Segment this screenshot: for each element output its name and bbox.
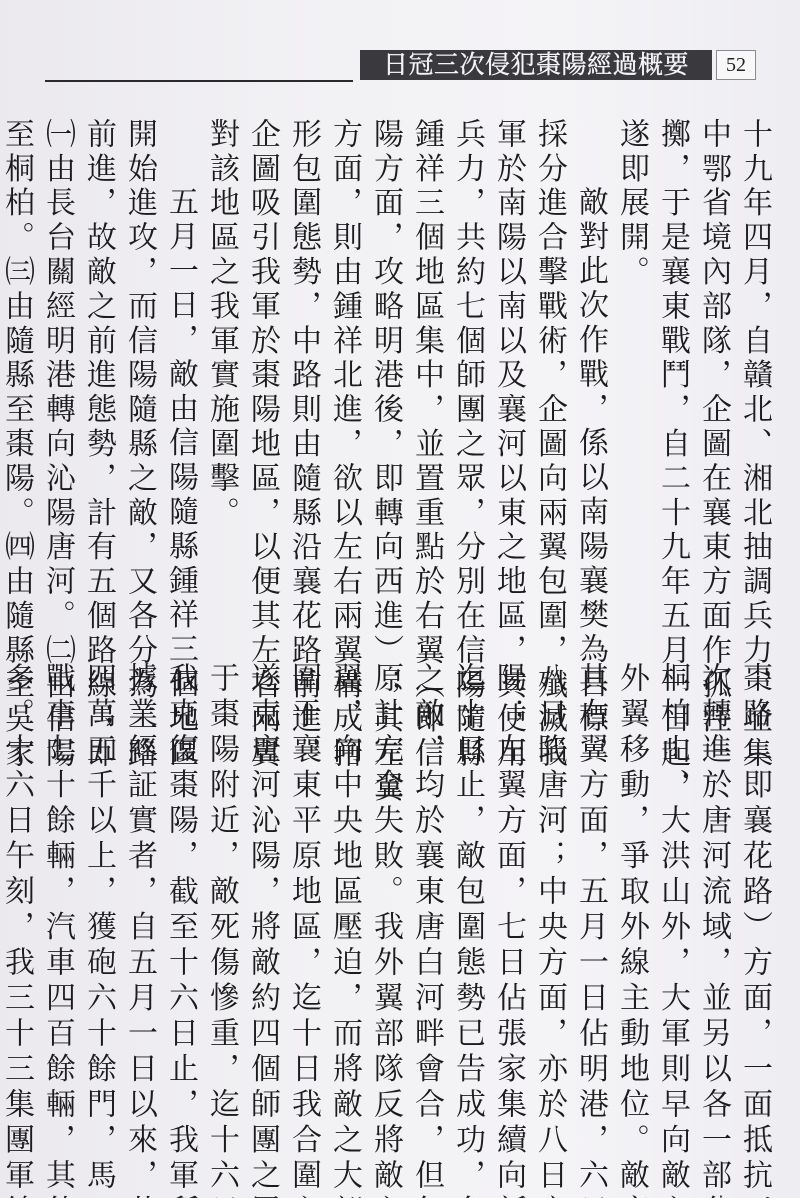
text-block-top: 十九年四月，自贛北、湘北抽調兵力，並集中鄂省境內部隊，企圖在襄東方面作孤注一擲，… bbox=[85, 118, 775, 618]
text-column: 八日陷唐河；中央方面，亦於八日突進至棗 bbox=[529, 662, 570, 1182]
text-column: 開始進攻，而信陽隨縣之敵，又各分為二路 bbox=[119, 118, 160, 618]
text-column: 擲，于是襄東戰鬥，自二十九年五月一日起， bbox=[652, 118, 693, 618]
page-number: 52 bbox=[716, 50, 756, 80]
text-column: 棗路（即襄花路）方面，一面抵抗，一面逐 bbox=[734, 662, 775, 1182]
text-column: 桐柏山、大洪山外，大軍則早向敵之左右兩 bbox=[652, 662, 693, 1182]
text-column: 據業經証實者，自五月一日以來，共斃傷敵 bbox=[119, 662, 160, 1182]
text-column: 陽方面，攻略明港後，即轉向西進）；其左翼 bbox=[365, 118, 406, 618]
text-column: 圍于襄東平原地區，迄十日我合圍之勢已成， bbox=[283, 662, 324, 1182]
text-column: 其右翼方面，五月一日佔明港，六日陷沁陽， bbox=[570, 662, 611, 1182]
text-column: 遂克唐河沁陽，將敵約四個師團之眾，包圍 bbox=[242, 662, 283, 1182]
text-column: 鍾祥三個地區集中，並置重點於右翼（即信 bbox=[406, 118, 447, 618]
header-rule bbox=[45, 80, 353, 82]
text-column: 對該地區之我軍實施圍擊。 bbox=[201, 118, 242, 618]
text-column: ㈠由長台關經明港轉向沁陽唐河。㈡由信陽 bbox=[37, 118, 78, 618]
text-column: 遂即展開。 bbox=[611, 118, 652, 618]
text-column: 多。十六日午刻，我三十三集團軍總司令張 bbox=[0, 662, 37, 1182]
text-column: 形包圍態勢，中路則由隨縣沿襄花路前進， bbox=[283, 118, 324, 618]
text-column: 五月一日，敵由信陽隨縣鍾祥三個地區 bbox=[160, 118, 201, 686]
text-column: 企圖吸引我軍於棗陽地區，以便其左右兩翼 bbox=[242, 118, 283, 618]
text-column: 次轉進於唐河流域，並另以各一部分別固守 bbox=[693, 662, 734, 1182]
text-column: 四萬五千以上，獲砲六十餘門，馬二千餘匹， bbox=[78, 662, 119, 1182]
text-column: 戰車七十餘輛，汽車四百餘輛，其他俘獲甚 bbox=[37, 662, 78, 1182]
text-block-bottom: 棗路（即襄花路）方面，一面抵抗，一面逐次轉進於唐河流域，並另以各一部分別固守桐柏… bbox=[85, 662, 775, 1182]
text-column: 軍於南陽以南以及襄河以東之地區，其使用 bbox=[488, 118, 529, 618]
text-column: 之敵，均於襄東唐白河畔會合，但包圍撲空， bbox=[406, 662, 447, 1182]
text-column: 外翼移動，爭取外線主動地位。敵盲目前進， bbox=[611, 662, 652, 1182]
text-column: 採分進合擊戰術，企圖向兩翼包圍，殲滅我 bbox=[529, 118, 570, 618]
text-column: 敵對此次作戰，係以南陽襄樊為目標， bbox=[570, 118, 611, 686]
text-column: 兵力，共約七個師團之眾，分別在信陽隨縣 bbox=[447, 118, 488, 618]
text-column: 中鄂省境內部隊，企圖在襄東方面作孤注一 bbox=[693, 118, 734, 618]
text-column: 至桐柏。㈢由隨縣至棗陽。㈣由隨縣至吳家 bbox=[0, 118, 37, 618]
text-column: 十九年四月，自贛北、湘北抽調兵力，並集 bbox=[734, 118, 775, 618]
text-column: 我克復棗陽，截至十六日止，我軍所獲戰果， bbox=[160, 662, 201, 1182]
text-column: 于棗陽附近，敵死傷慘重，迄十六日下午， bbox=[201, 662, 242, 1182]
chapter-title: 日冠三次侵犯棗陽經過概要 bbox=[360, 50, 712, 80]
text-column: 陽；左翼方面，七日佔張家集續向新野突進， bbox=[488, 662, 529, 1182]
text-column: 方面，則由鍾祥北進，欲以左右兩翼構成箝 bbox=[324, 118, 365, 618]
text-column: 前進，故敵之前進態勢，計有五個路線；即 bbox=[78, 118, 119, 618]
text-column: 翼，向中央地區壓迫，而將敵之大部兵力包 bbox=[324, 662, 365, 1182]
text-column: 原計完全失敗。我外翼部隊反將敵之左右兩 bbox=[365, 662, 406, 1182]
text-column: 迄十日止，敵包圍態勢已告成功，各路進犯 bbox=[447, 662, 488, 1182]
